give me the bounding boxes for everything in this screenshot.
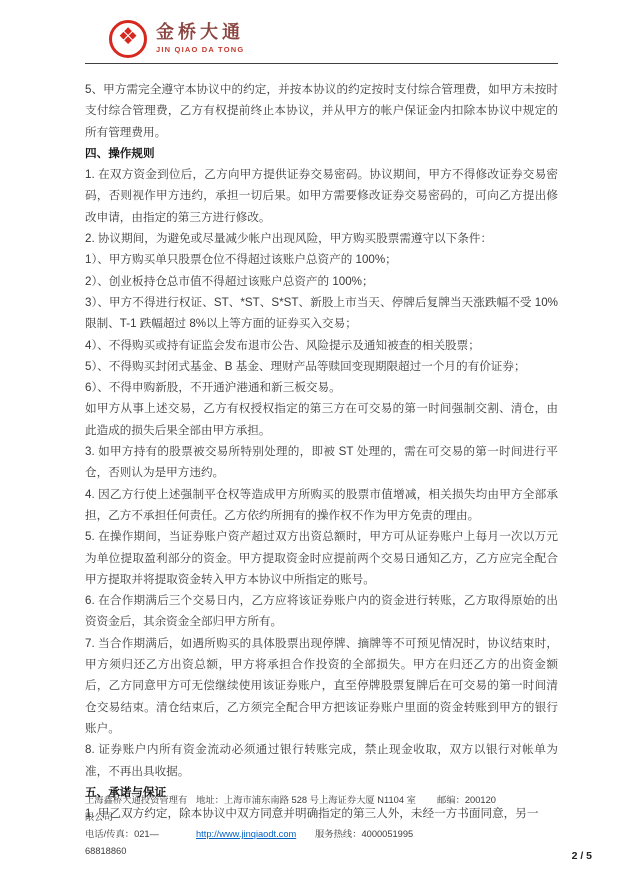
paragraph: 3）、甲方不得进行权证、ST、*ST、S*ST、新股上市当天、停牌后复牌当天涨跌… [85,292,558,335]
paragraph: 2. 协议期间，为避免或尽量减少帐户出现风险，甲方购买股票需遵守以下条件： [85,228,558,249]
paragraph: 1. 在双方资金到位后，乙方向甲方提供证券交易密码。协议期间，甲方不得修改证券交… [85,164,558,228]
paragraph: 如甲方从事上述交易，乙方有权授权指定的第三方在可交易的第一时间强制交割、清仓，由… [85,398,558,441]
section-heading: 四、操作规则 [85,143,558,164]
paragraph: 6. 在合作期满后三个交易日内，乙方应将该证券账户内的资金进行转账，乙方取得原始… [85,590,558,633]
footer-row-2: 电话/传真：021—68818860 http://www.jinqiaodt.… [85,826,573,860]
paragraph: 3. 如甲方持有的股票被交易所特别处理的，即被 ST 处理的，需在可交易的第一时… [85,441,558,484]
paragraph: 4. 因乙方行使上述强制平仓权等造成甲方所购买的股票市值增减，相关损失均由甲方全… [85,484,558,527]
company-name-en: JIN QIAO DA TONG [156,45,244,54]
document-page: ❖ 金桥大通 JIN QIAO DA TONG 5、甲方需完全遵守本协议中的约定… [0,0,628,872]
header: ❖ 金桥大通 JIN QIAO DA TONG [0,0,628,64]
footer-postcode: 邮编：200120 [437,792,573,809]
paragraph: 1）、甲方购买单只股票仓位不得超过该账户总资产的 100%； [85,249,558,270]
footer-row-1: 上海鑫桥大通投资管理有限公司 地址：上海市浦东南路 528 号上海证券大厦 N1… [85,792,573,826]
footer-website-link[interactable]: http://www.jinqiaodt.com [196,826,315,843]
logo-text: 金桥大通 JIN QIAO DA TONG [156,23,244,54]
diamond-star-icon: ❖ [118,26,139,49]
logo-ring-icon: ❖ [109,20,147,58]
paragraph: 6）、不得申购新股，不开通沪港通和新三板交易。 [85,377,558,398]
footer-links: http://www.jinqiaodt.com服务热线：4000051995 [196,826,437,843]
company-name-cn: 金桥大通 [156,23,244,43]
document-body: 5、甲方需完全遵守本协议中的约定，并按本协议的约定按时支付综合管理费，如甲方未按… [85,79,558,824]
footer-address: 地址：上海市浦东南路 528 号上海证券大厦 N1104 室 [196,792,437,809]
page-number: 2 / 5 [572,850,592,862]
paragraph: 8. 证券账户内所有资金流动必须通过银行转账完成，禁止现金收取，双方以银行对帐单… [85,739,558,782]
footer-phone-fax: 电话/传真：021—68818860 [85,826,196,860]
company-logo: ❖ 金桥大通 JIN QIAO DA TONG [109,17,558,60]
footer-hotline: 服务热线：4000051995 [315,829,413,839]
footer-company: 上海鑫桥大通投资管理有限公司 [85,792,196,826]
header-divider [85,63,558,64]
page-footer: 上海鑫桥大通投资管理有限公司 地址：上海市浦东南路 528 号上海证券大厦 N1… [85,792,573,860]
paragraph: 5. 在操作期间，当证券账户资产超过双方出资总额时，甲方可从证券账户上每月一次以… [85,526,558,590]
paragraph: 5）、不得购买封闭式基金、B 基金、理财产品等赎回变现期限超过一个月的有价证券； [85,356,558,377]
paragraph: 4）、不得购买或持有证监会发布退市公告、风险提示及通知被查的相关股票； [85,335,558,356]
paragraph: 2）、创业板持仓总市值不得超过该账户总资产的 100%； [85,271,558,292]
paragraph: 5、甲方需完全遵守本协议中的约定，并按本协议的约定按时支付综合管理费，如甲方未按… [85,79,558,143]
paragraph: 7. 当合作期满后，如遇所购买的具体股票出现停牌、摘牌等不可预见情况时，协议结束… [85,633,558,739]
